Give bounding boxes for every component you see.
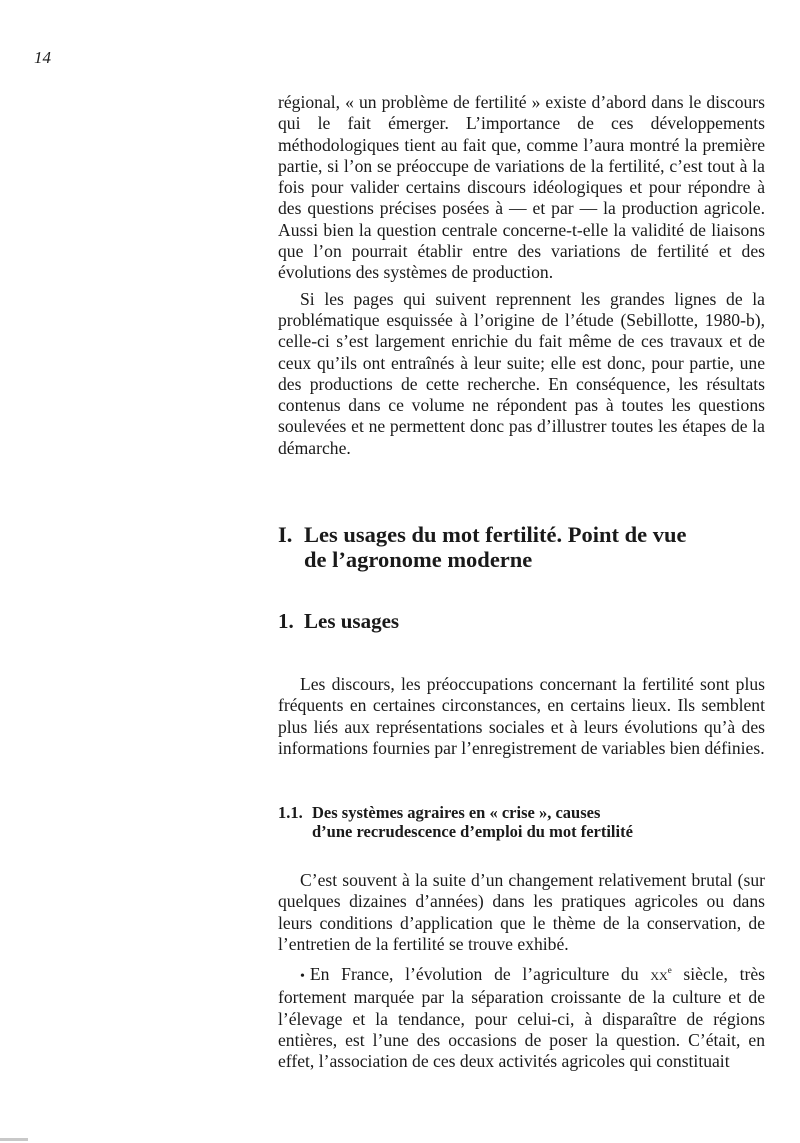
scan-artifact bbox=[0, 1138, 28, 1141]
subsection-number: 1. bbox=[278, 609, 304, 633]
section-title-line-2: de l’agronome moderne bbox=[278, 547, 798, 572]
intro-block: régional, « un problème de fertilité » e… bbox=[278, 92, 765, 459]
intro-paragraph-1: régional, « un problème de fertilité » e… bbox=[278, 92, 765, 284]
subsubsection-paragraph-2: •En France, l’évolution de l’agriculture… bbox=[278, 960, 765, 1072]
century-numeral: xx bbox=[650, 964, 667, 984]
subsubsection-paragraph-1: C’est souvent à la suite d’un changement… bbox=[278, 870, 765, 955]
section-heading: I.Les usages du mot fertilité. Point de … bbox=[278, 522, 798, 572]
section-title-line-1: Les usages du mot fertilité. Point de vu… bbox=[304, 522, 686, 547]
subsubsection-title-line-2: d’une recrudescence d’emploi du mot fert… bbox=[278, 822, 758, 841]
page-number: 14 bbox=[34, 48, 51, 68]
subsection-body: Les discours, les préoccupations concern… bbox=[278, 674, 765, 759]
subsubsection-number: 1.1. bbox=[278, 803, 312, 822]
section-number: I. bbox=[278, 522, 304, 547]
subsubsection-heading: 1.1.Des systèmes agraires en « crise », … bbox=[278, 803, 758, 841]
bullet-icon: • bbox=[300, 969, 305, 984]
subsection-title: Les usages bbox=[304, 609, 399, 633]
subsection-paragraph: Les discours, les préoccupations concern… bbox=[278, 674, 765, 759]
paragraph-lead: En France, l’évolution de l’agriculture … bbox=[310, 964, 650, 984]
subsection-heading: 1.Les usages bbox=[278, 609, 399, 633]
subsubsection-title-line-1: Des systèmes agraires en « crise », caus… bbox=[312, 803, 600, 822]
subsubsection-body: C’est souvent à la suite d’un changement… bbox=[278, 870, 765, 1073]
intro-paragraph-2: Si les pages qui suivent reprennent les … bbox=[278, 289, 765, 459]
